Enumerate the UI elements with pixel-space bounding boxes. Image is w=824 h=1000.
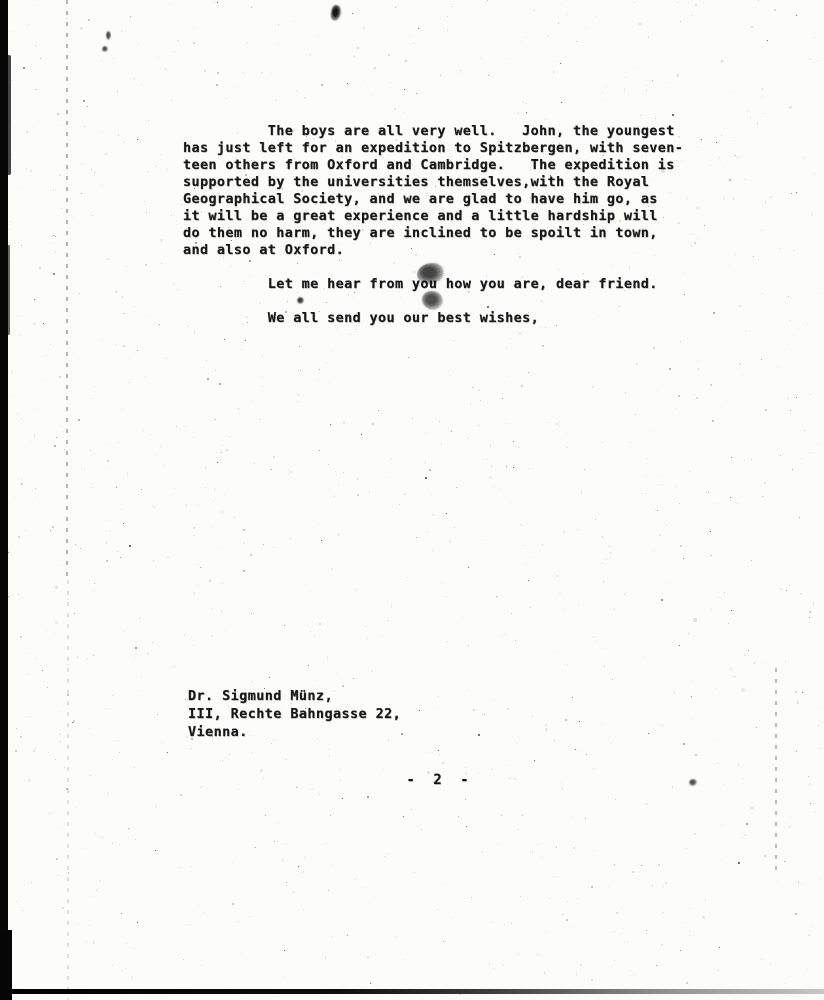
crease-line-right — [775, 668, 777, 873]
crease-line-left — [66, 0, 68, 580]
ink-smudge-below-line — [422, 291, 443, 310]
page-number: - 2 - — [398, 772, 482, 788]
ink-blot-top — [330, 4, 342, 21]
scan-edge-left-bump — [7, 245, 10, 335]
ink-mark-upper-left — [102, 46, 108, 52]
sender-address: Dr. Sigmund Münz, III, Rechte Bahngasse … — [188, 687, 401, 741]
ink-speck-asterisk — [297, 297, 304, 304]
crease-line-left — [67, 580, 69, 1000]
scan-edge-left-bump — [7, 55, 11, 175]
ink-speck-right-margin — [689, 779, 697, 786]
scanned-letter-page: The boys are all very well. John, the yo… — [0, 0, 824, 1000]
ink-mark-upper-left — [106, 31, 111, 40]
scan-edge-bottom-line — [8, 989, 824, 994]
